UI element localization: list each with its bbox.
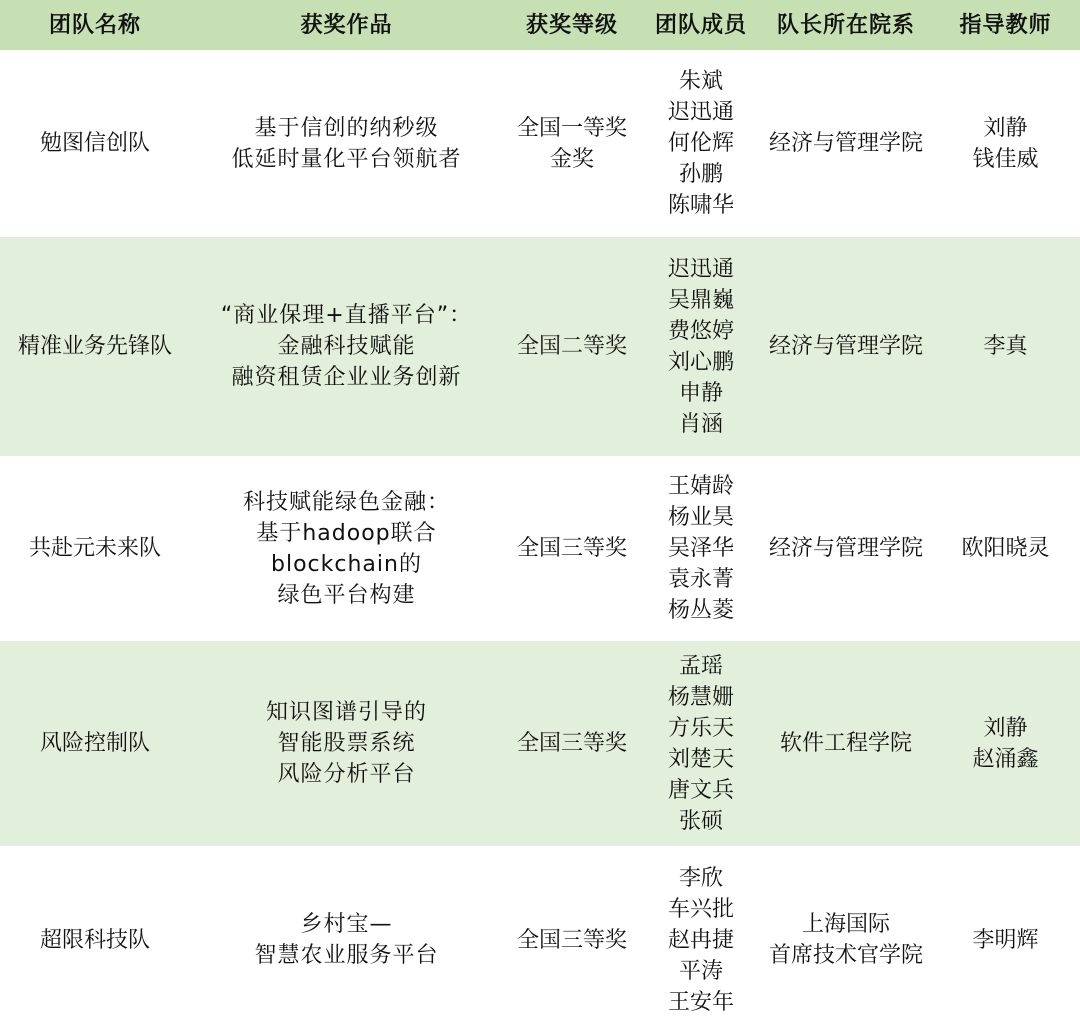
work-line: 知识图谱引导的 (190, 697, 503, 728)
work-line: 融资租赁企业业务创新 (190, 362, 503, 393)
department-cell: 经济与管理学院 (761, 456, 931, 641)
advisor-name: 欧阳晓灵 (931, 533, 1080, 564)
advisor-cell: 刘静 赵涌鑫 (931, 641, 1080, 846)
award-cell: 全国二等奖 (503, 237, 641, 456)
work-line: 低延时量化平台领航者 (190, 144, 503, 175)
advisor-cell: 李真 (931, 237, 1080, 456)
department-line: 软件工程学院 (761, 728, 931, 759)
work-line: 科技赋能绿色金融： (190, 487, 503, 518)
header-team-name: 团队名称 (0, 0, 190, 50)
member-name: 刘心鹏 (641, 347, 761, 378)
member-name: 费悠婷 (641, 316, 761, 347)
header-advisor: 指导教师 (931, 0, 1080, 50)
member-name: 吴鼎巍 (641, 285, 761, 316)
member-name: 方乐天 (641, 713, 761, 744)
team-name-cell: 勉图信创队 (0, 50, 190, 237)
department-line: 经济与管理学院 (761, 128, 931, 159)
work-line: 基于信创的纳秒级 (190, 113, 503, 144)
member-name: 袁永菁 (641, 564, 761, 595)
award-cell: 全国三等奖 (503, 456, 641, 641)
work-cell: “商业保理+直播平台”： 金融科技赋能 融资租赁企业业务创新 (190, 237, 503, 456)
member-name: 车兴批 (641, 894, 761, 925)
member-name: 孟瑶 (641, 651, 761, 682)
work-line: 金融科技赋能 (190, 331, 503, 362)
table-row: 风险控制队 知识图谱引导的 智能股票系统 风险分析平台 全国三等奖 孟瑶 杨慧姗… (0, 641, 1080, 846)
header-department: 队长所在院系 (761, 0, 931, 50)
award-cell: 全国一等奖 金奖 (503, 50, 641, 237)
member-name: 王婧龄 (641, 471, 761, 502)
work-line: 绿色平台构建 (190, 580, 503, 611)
award-cell: 全国三等奖 (503, 641, 641, 846)
team-name-cell: 风险控制队 (0, 641, 190, 846)
member-name: 迟迅通 (641, 254, 761, 285)
header-row: 团队名称 获奖作品 获奖等级 团队成员 队长所在院系 指导教师 (0, 0, 1080, 50)
team-name-cell: 精准业务先锋队 (0, 237, 190, 456)
awards-table: 团队名称 获奖作品 获奖等级 团队成员 队长所在院系 指导教师 勉图信创队 基于… (0, 0, 1080, 1034)
work-line: 乡村宝— (190, 909, 503, 940)
award-cell: 全国三等奖 (503, 846, 641, 1034)
work-cell: 知识图谱引导的 智能股票系统 风险分析平台 (190, 641, 503, 846)
department-cell: 上海国际 首席技术官学院 (761, 846, 931, 1034)
department-line: 经济与管理学院 (761, 533, 931, 564)
member-name: 孙鹏 (641, 159, 761, 190)
advisor-name: 刘静 (931, 713, 1080, 744)
department-line: 首席技术官学院 (761, 940, 931, 971)
award-line: 全国三等奖 (503, 728, 641, 759)
department-line: 经济与管理学院 (761, 331, 931, 362)
advisor-name: 钱佳威 (931, 144, 1080, 175)
award-line: 全国三等奖 (503, 533, 641, 564)
advisor-name: 刘静 (931, 113, 1080, 144)
member-name: 王安年 (641, 987, 761, 1018)
department-cell: 经济与管理学院 (761, 237, 931, 456)
team-name-cell: 共赴元未来队 (0, 456, 190, 641)
header-members: 团队成员 (641, 0, 761, 50)
advisor-cell: 刘静 钱佳威 (931, 50, 1080, 237)
members-cell: 孟瑶 杨慧姗 方乐天 刘楚天 唐文兵 张硕 (641, 641, 761, 846)
header-work: 获奖作品 (190, 0, 503, 50)
work-line: 智能股票系统 (190, 728, 503, 759)
team-name-cell: 超限科技队 (0, 846, 190, 1034)
department-line: 上海国际 (761, 909, 931, 940)
advisor-cell: 李明辉 (931, 846, 1080, 1034)
award-line: 全国一等奖 (503, 113, 641, 144)
members-cell: 朱斌 迟迅通 何伦辉 孙鹏 陈啸华 (641, 50, 761, 237)
award-line: 全国三等奖 (503, 925, 641, 956)
table-row: 精准业务先锋队 “商业保理+直播平台”： 金融科技赋能 融资租赁企业业务创新 全… (0, 237, 1080, 456)
table-row: 共赴元未来队 科技赋能绿色金融： 基于hadoop联合 blockchain的 … (0, 456, 1080, 641)
work-line: 基于hadoop联合 (190, 518, 503, 549)
work-line: “商业保理+直播平台”： (190, 300, 503, 331)
member-name: 杨丛菱 (641, 595, 761, 626)
member-name: 陈啸华 (641, 190, 761, 221)
member-name: 赵冉捷 (641, 925, 761, 956)
member-name: 张硕 (641, 806, 761, 837)
award-line: 金奖 (503, 144, 641, 175)
member-name: 李欣 (641, 863, 761, 894)
table-row: 超限科技队 乡村宝— 智慧农业服务平台 全国三等奖 李欣 车兴批 赵冉捷 平涛 … (0, 846, 1080, 1034)
members-cell: 迟迅通 吴鼎巍 费悠婷 刘心鹏 申静 肖涵 (641, 237, 761, 456)
member-name: 杨业昊 (641, 502, 761, 533)
advisor-name: 李明辉 (931, 925, 1080, 956)
department-cell: 软件工程学院 (761, 641, 931, 846)
advisor-name: 李真 (931, 331, 1080, 362)
member-name: 吴泽华 (641, 533, 761, 564)
member-name: 刘楚天 (641, 744, 761, 775)
work-cell: 乡村宝— 智慧农业服务平台 (190, 846, 503, 1034)
work-cell: 基于信创的纳秒级 低延时量化平台领航者 (190, 50, 503, 237)
member-name: 申静 (641, 378, 761, 409)
work-line: 风险分析平台 (190, 759, 503, 790)
member-name: 朱斌 (641, 66, 761, 97)
work-line: 智慧农业服务平台 (190, 940, 503, 971)
work-cell: 科技赋能绿色金融： 基于hadoop联合 blockchain的 绿色平台构建 (190, 456, 503, 641)
award-line: 全国二等奖 (503, 331, 641, 362)
members-cell: 李欣 车兴批 赵冉捷 平涛 王安年 (641, 846, 761, 1034)
header-award-level: 获奖等级 (503, 0, 641, 50)
advisor-cell: 欧阳晓灵 (931, 456, 1080, 641)
member-name: 唐文兵 (641, 775, 761, 806)
table-row: 勉图信创队 基于信创的纳秒级 低延时量化平台领航者 全国一等奖 金奖 朱斌 迟迅… (0, 50, 1080, 237)
work-line: blockchain的 (190, 549, 503, 580)
member-name: 何伦辉 (641, 128, 761, 159)
department-cell: 经济与管理学院 (761, 50, 931, 237)
member-name: 平涛 (641, 956, 761, 987)
member-name: 杨慧姗 (641, 682, 761, 713)
member-name: 迟迅通 (641, 97, 761, 128)
member-name: 肖涵 (641, 409, 761, 440)
advisor-name: 赵涌鑫 (931, 744, 1080, 775)
members-cell: 王婧龄 杨业昊 吴泽华 袁永菁 杨丛菱 (641, 456, 761, 641)
